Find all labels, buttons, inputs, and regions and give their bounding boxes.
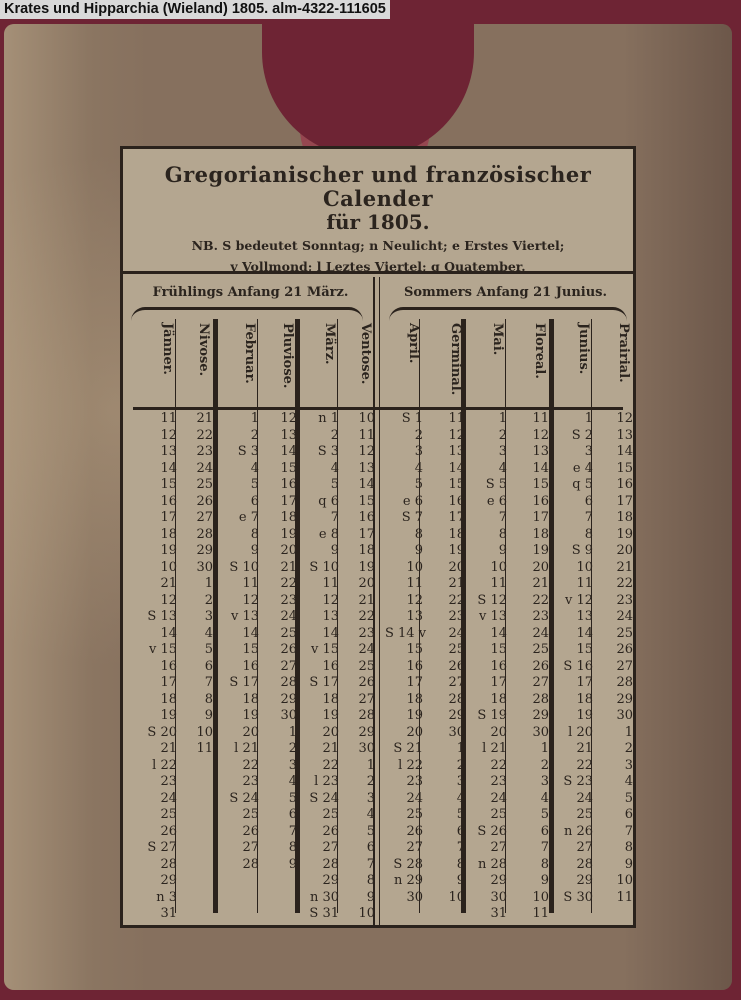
day-cell: 9 <box>593 857 633 874</box>
header-underline <box>133 407 623 410</box>
day-cell: 24 <box>593 609 633 626</box>
day-cell: 8 <box>593 840 633 857</box>
day-cell: 13 <box>593 428 633 445</box>
legend-line-1: NB. S bedeutet Sonntag; n Neulicht; e Er… <box>123 237 633 254</box>
day-cell: 7 <box>593 824 633 841</box>
day-cell: 6 <box>593 807 633 824</box>
day-cell: 1 <box>593 725 633 742</box>
day-cell: 3 <box>593 758 633 775</box>
day-cell: 25 <box>593 626 633 643</box>
day-cell: 23 <box>593 593 633 610</box>
season-summer: Sommers Anfang 21 Junius. <box>378 285 633 307</box>
header-divider <box>123 271 633 274</box>
day-cell: 4 <box>593 774 633 791</box>
day-cell: 18 <box>593 510 633 527</box>
day-cell: 10 <box>593 873 633 890</box>
season-spring: Frühlings Anfang 21 März. <box>123 285 378 307</box>
day-cell: 30 <box>593 708 633 725</box>
day-cell: 14 <box>593 444 633 461</box>
day-cell: 22 <box>593 576 633 593</box>
calendar-title: Gregorianischer und französischer Calend… <box>123 163 633 211</box>
day-cell: 12 <box>593 411 633 428</box>
month-header: Prairial. <box>593 323 633 409</box>
day-cell: 28 <box>593 675 633 692</box>
calendar-year: für 1805. <box>123 211 633 233</box>
day-cell: 20 <box>593 543 633 560</box>
day-cell: 26 <box>593 642 633 659</box>
day-cell: 17 <box>593 494 633 511</box>
day-cell: 21 <box>593 560 633 577</box>
calendar-label: Gregorianischer und französischer Calend… <box>120 146 636 928</box>
day-cell: 19 <box>593 527 633 544</box>
day-cell: 29 <box>593 692 633 709</box>
day-cell: 16 <box>593 477 633 494</box>
day-cell: 15 <box>593 461 633 478</box>
season-headings: Frühlings Anfang 21 März. Sommers Anfang… <box>123 285 633 307</box>
day-cell: 11 <box>593 890 633 907</box>
day-cell <box>593 906 633 923</box>
day-cell: 2 <box>593 741 633 758</box>
day-cell: 27 <box>593 659 633 676</box>
image-caption: Krates und Hipparchia (Wieland) 1805. al… <box>0 0 390 19</box>
day-cell: 5 <box>593 791 633 808</box>
day-list: 1213141516171819202122232425262728293012… <box>593 411 633 923</box>
